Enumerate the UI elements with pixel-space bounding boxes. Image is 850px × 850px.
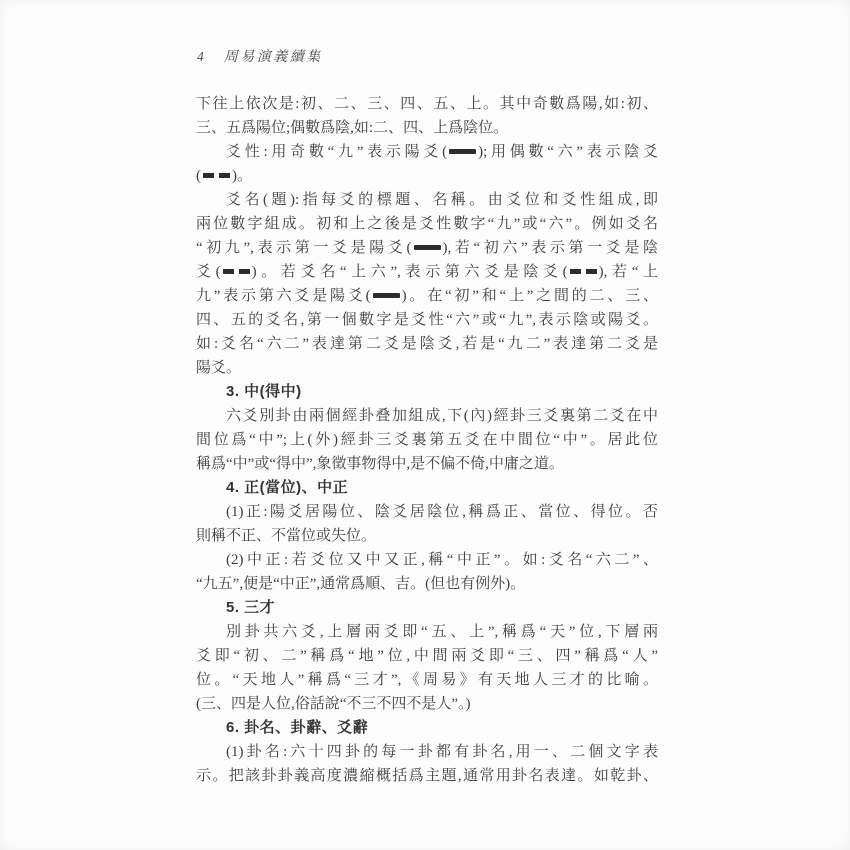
text-line: 下往上依次是:初、二、三、四、五、上。其中奇數爲陽,如:初、 [196, 92, 658, 116]
text-line: ()。 [196, 164, 658, 188]
yin-line-icon [203, 173, 230, 178]
text-line: 六爻別卦由兩個經卦叠加組成,下(內)經卦三爻裏第二爻在中 [196, 404, 658, 428]
book-title: 周易演義續集 [224, 50, 323, 65]
text-line: 則稱不正、不當位或失位。 [196, 524, 658, 548]
text-line: (1)正:陽爻居陽位、陰爻居陰位,稱爲正、當位、得位。否 [196, 500, 658, 524]
text-line: “九五”,便是“中正”,通常爲順、吉。(但也有例外)。 [196, 572, 658, 596]
page-number: 4 [197, 49, 204, 65]
section-heading: 5. 三才 [196, 596, 658, 620]
text-line: 九”表示第六爻是陽爻()。在“初”和“上”之間的二、三、 [196, 284, 658, 308]
section-heading: 3. 中(得中) [196, 380, 658, 404]
text-line: 位。“天地人”稱爲“三才”,《周易》有天地人三才的比喻。 [196, 668, 658, 692]
text-line: 間位爲“中”;上(外)經卦三爻裏第五爻在中間位“中”。居此位 [196, 428, 658, 452]
text-line: (1)卦名:六十四卦的每一卦都有卦名,用一、二個文字表 [196, 740, 658, 764]
section-heading: 6. 卦名、卦辭、爻辭 [196, 716, 658, 740]
section-heading: 4. 正(當位)、中正 [196, 476, 658, 500]
text-line: 爻即“初、二”稱爲“地”位,中間兩爻即“三、四”稱爲“人” [196, 644, 658, 668]
text-line: 三、五爲陽位;偶數爲陰,如:二、四、上爲陰位。 [196, 116, 658, 140]
yang-line-icon [414, 245, 441, 250]
text-line: “初九”,表示第一爻是陽爻(),若“初六”表示第一爻是陰 [196, 236, 658, 260]
text-line: 爻()。若爻名“上六”,表示第六爻是陰爻(),若“上 [196, 260, 658, 284]
text-line: 陽爻。 [196, 356, 658, 380]
text-line: 示。把該卦卦義高度濃縮概括爲主題,通常用卦名表達。如乾卦、 [196, 764, 658, 788]
text-line: 稱爲“中”或“得中”,象徵事物得中,是不偏不倚,中庸之道。 [196, 452, 658, 476]
text-line: 如:爻名“六二”表達第二爻是陰爻,若是“九二”表達第二爻是 [196, 332, 658, 356]
text-line: 別卦共六爻,上層兩爻即“五、上”,稱爲“天”位,下層兩 [196, 620, 658, 644]
yin-line-icon [223, 269, 250, 274]
text-line: (2)中正:若爻位又中又正,稱“中正”。如:爻名“六二”、 [196, 548, 658, 572]
text-line: 爻性:用奇數“九”表示陽爻();用偶數“六”表示陰爻 [196, 140, 658, 164]
text-line: (三、四是人位,俗話說“不三不四不是人”。) [196, 692, 658, 716]
yang-line-icon [373, 293, 400, 298]
text-line: 爻名(題):指每爻的標題、名稱。由爻位和爻性組成,即 [196, 188, 658, 212]
text-line: 兩位數字組成。初和上之後是爻性數字“九”或“六”。例如爻名 [196, 212, 658, 236]
yin-line-icon [570, 269, 597, 274]
book-page: 4 周易演義續集 下往上依次是:初、二、三、四、五、上。其中奇數爲陽,如:初、三… [0, 0, 850, 850]
yang-line-icon [449, 149, 476, 154]
text-line: 四、五的爻名,第一個數字是爻性“六”或“九”,表示陰或陽爻。 [196, 308, 658, 332]
running-header: 4 周易演義續集 [197, 46, 323, 66]
text-block: 下往上依次是:初、二、三、四、五、上。其中奇數爲陽,如:初、三、五爲陽位;偶數爲… [196, 92, 658, 788]
